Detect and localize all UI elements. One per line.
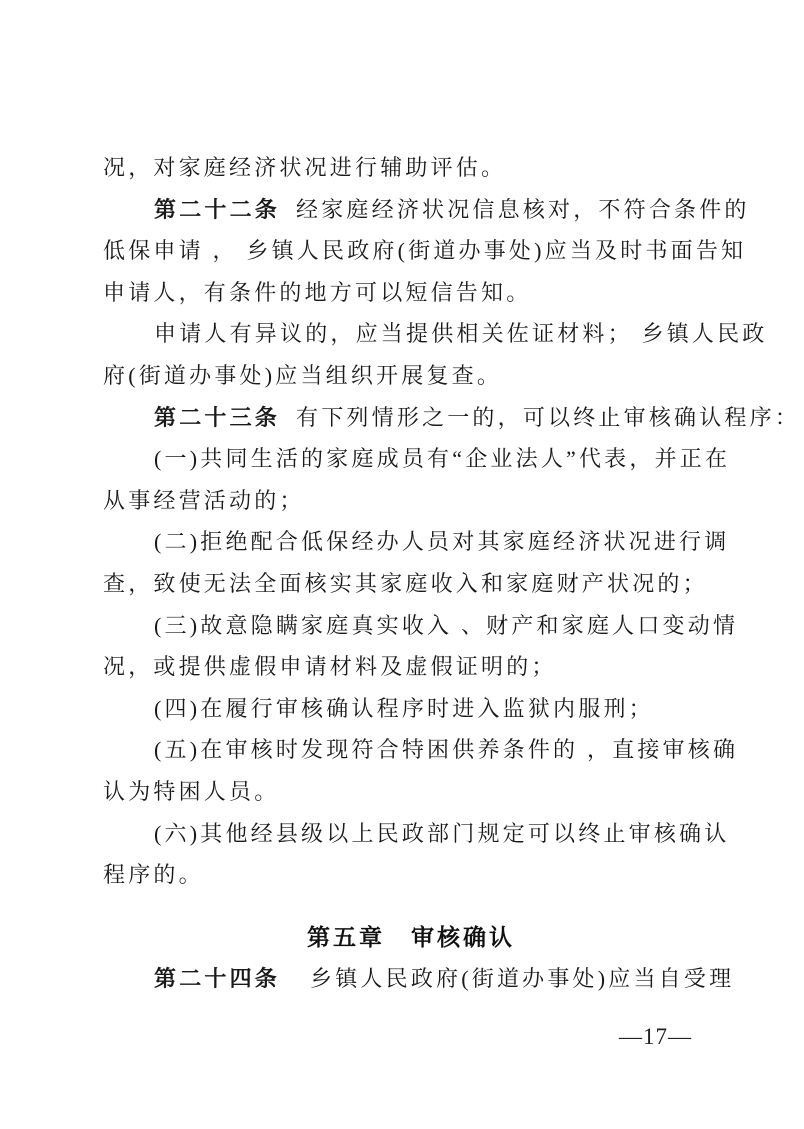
paragraph-line: 第二十四条乡镇人民政府(街道办事处)应当自受理 [103, 958, 719, 1000]
chapter-heading: 第五章 审核确认 [103, 917, 719, 959]
article-number: 第二十三条 [154, 405, 280, 430]
list-item-line: (六)其他经县级以上民政部门规定可以终止审核确认 [103, 813, 719, 855]
list-item-line: 从事经营活动的； [103, 480, 719, 522]
list-item-line: (三)故意隐瞒家庭真实收入 、财产和家庭人口变动情 [103, 605, 719, 647]
document-page: 况，对家庭经济状况进行辅助评估。 第二十二条经家庭经济状况信息核对，不符合条件的… [0, 0, 804, 1129]
list-item-line: (五)在审核时发现符合特困供养条件的 ，直接审核确 [103, 729, 719, 771]
list-item-line: 况，或提供虚假申请材料及虚假证明的； [103, 646, 719, 688]
list-item-line: (二)拒绝配合低保经办人员对其家庭经济状况进行调 [103, 521, 719, 563]
paragraph-line: 低保申请 ， 乡镇人民政府(街道办事处)应当及时书面告知 [103, 230, 719, 272]
list-item-line: 查，致使无法全面核实其家庭收入和家庭财产状况的； [103, 563, 719, 605]
list-item-line: (一)共同生活的家庭成员有“企业法人”代表，并正在 [103, 438, 719, 480]
document-body: 况，对家庭经济状况进行辅助评估。 第二十二条经家庭经济状况信息核对，不符合条件的… [103, 147, 719, 1000]
paragraph-line: 况，对家庭经济状况进行辅助评估。 [103, 147, 719, 189]
line-text: 有下列情形之一的，可以终止审核确认程序： [296, 405, 800, 430]
list-item-line: 程序的。 [103, 854, 719, 896]
list-item-line: (四)在履行审核确认程序时进入监狱内服刑； [103, 688, 719, 730]
line-text: 经家庭经济状况信息核对，不符合条件的 [296, 197, 750, 222]
article-number: 第二十四条 [154, 966, 280, 991]
paragraph-line: 第二十二条经家庭经济状况信息核对，不符合条件的 [103, 189, 719, 231]
page-number: —17— [619, 1024, 692, 1050]
list-item-line: 认为特困人员。 [103, 771, 719, 813]
paragraph-line: 申请人，有条件的地方可以短信告知。 [103, 272, 719, 314]
paragraph-line: 申请人有异议的，应当提供相关佐证材料； 乡镇人民政 [103, 313, 719, 355]
line-text: 乡镇人民政府(街道办事处)应当自受理 [310, 966, 734, 991]
paragraph-line: 第二十三条有下列情形之一的，可以终止审核确认程序： [103, 397, 719, 439]
article-number: 第二十二条 [154, 197, 280, 222]
paragraph-line: 府(街道办事处)应当组织开展复查。 [103, 355, 719, 397]
